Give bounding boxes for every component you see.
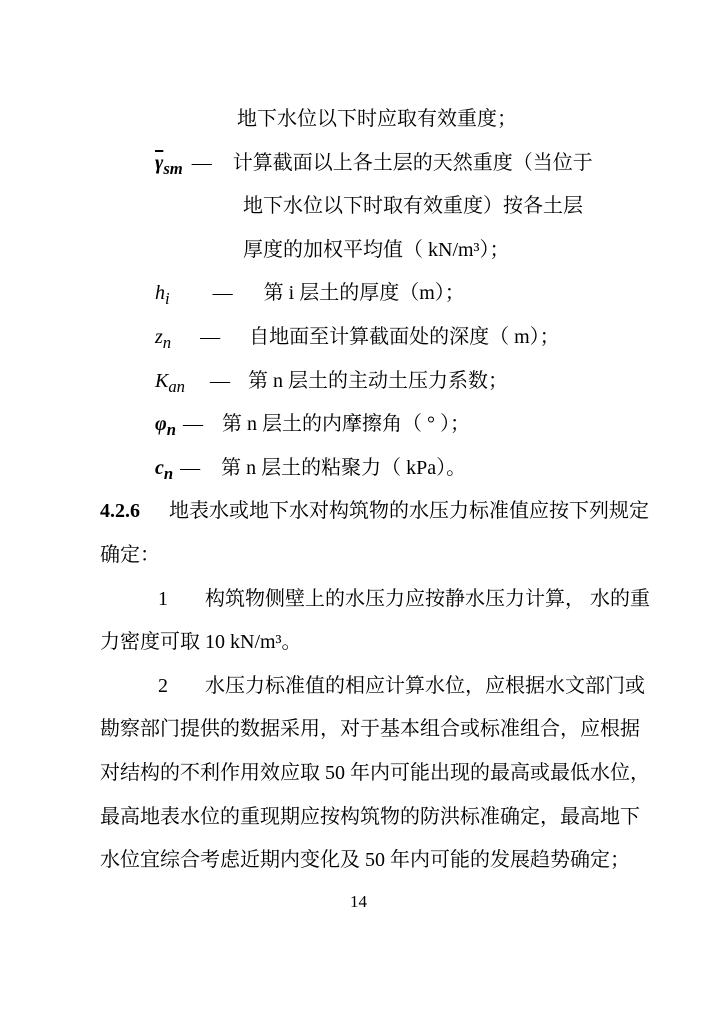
symbol-k-subscript: an [168,377,185,396]
section-heading-wrap: 确定： [100,534,640,578]
item-text: 水位宜综合考虑近期内变化及 50 年内可能的发展趋势确定； [100,849,630,871]
definition-row-gamma-wrap1: 地下水位以下时取有效重度）按各土层 [100,185,640,229]
item-text: 最高地表水位的重现期应按构筑物的防洪标准确定，最高地下 [100,806,640,828]
item-text: 勘察部门提供的数据采用，对于基本组合或标准组合，应根据 [100,718,640,740]
page-number: 14 [350,892,367,911]
item-text: 构筑物侧壁上的水压力应按静水压力计算， 水的重 [205,588,650,610]
document-page: 地下水位以下时应取有效重度； γsm — 计算截面以上各土层的天然重度（当位于 … [0,0,717,1012]
definition-text: 第 i 层土的厚度（m）； [264,282,465,304]
section-text: 地表水或地下水对构筑物的水压力标准值应按下列规定 [169,500,649,522]
definition-text: 第 n 层土的粘聚力（ kPa）。 [221,457,466,479]
clause-item-1: 1 构筑物侧壁上的水压力应按静水压力计算， 水的重 [100,578,640,622]
symbol-h: h [155,282,165,304]
continuation-line: 地下水位以下时应取有效重度； [100,98,640,142]
definition-row-gamma: γsm — 计算截面以上各土层的天然重度（当位于 [100,142,640,186]
symbol-z-subscript: n [163,333,171,352]
item-text: 对结构的不利作用效应取 50 年内可能出现的最高或最低水位， [100,762,650,784]
clause-item-2: 2 水压力标准值的相应计算水位，应根据水文部门或 [100,665,640,709]
item-number: 2 [158,675,168,697]
section-heading: 4.2.6 地表水或地下水对构筑物的水压力标准值应按下列规定 [100,490,640,534]
definition-dash: — [200,316,220,360]
definition-text: 计算截面以上各土层的天然重度（当位于 [233,152,593,174]
symbol-phi: φ [155,413,167,435]
definition-text: 第 n 层土的内摩擦角（ ° ）； [222,413,470,435]
definition-row-k: Kan — 第 n 层土的主动土压力系数； [100,360,640,404]
definition-text: 地下水位以下时取有效重度）按各土层 [243,195,583,217]
symbol-k: K [155,370,168,392]
clause-item-2-wrap2: 对结构的不利作用效应取 50 年内可能出现的最高或最低水位， [100,752,640,796]
definition-text: 自地面至计算截面处的深度（ m）； [249,326,560,348]
definition-row-gamma-wrap2: 厚度的加权平均值（ kN/m³）； [100,229,640,273]
clause-item-2-wrap1: 勘察部门提供的数据采用，对于基本组合或标准组合，应根据 [100,708,640,752]
definition-dash: — [180,447,200,491]
symbol-h-subscript: i [165,289,170,308]
item-text: 水压力标准值的相应计算水位，应根据水文部门或 [205,675,645,697]
item-number: 1 [158,588,168,610]
symbol-c: c [155,457,164,479]
definition-row-z: zn — 自地面至计算截面处的深度（ m）； [100,316,640,360]
clause-item-2-wrap4: 水位宜综合考虑近期内变化及 50 年内可能的发展趋势确定； [100,839,640,883]
definition-row-h: hi — 第 i 层土的厚度（m）； [100,272,640,316]
symbol-gamma-subscript: sm [163,159,182,178]
symbol-c-subscript: n [164,464,173,483]
definition-dash: — [192,142,212,186]
definition-row-phi: φn — 第 n 层土的内摩擦角（ ° ）； [100,403,640,447]
page-body: 地下水位以下时应取有效重度； γsm — 计算截面以上各土层的天然重度（当位于 … [100,98,640,883]
clause-item-1-wrap: 力密度可取 10 kN/m³。 [100,621,640,665]
symbol-phi-subscript: n [167,420,176,439]
item-text: 力密度可取 10 kN/m³。 [100,631,302,653]
page-footer: 14 [0,891,717,913]
definition-row-c: cn — 第 n 层土的粘聚力（ kPa）。 [100,447,640,491]
continuation-text: 地下水位以下时应取有效重度； [237,108,517,130]
definition-dash: — [213,272,233,316]
definition-dash: — [183,403,203,447]
definition-text: 厚度的加权平均值（ kN/m³）； [243,239,510,261]
symbol-z: z [155,326,163,348]
clause-item-2-wrap3: 最高地表水位的重现期应按构筑物的防洪标准确定，最高地下 [100,796,640,840]
section-number: 4.2.6 [100,500,140,522]
definition-text: 第 n 层土的主动土压力系数； [248,370,508,392]
definition-dash: — [210,360,230,404]
section-text: 确定： [100,544,160,566]
